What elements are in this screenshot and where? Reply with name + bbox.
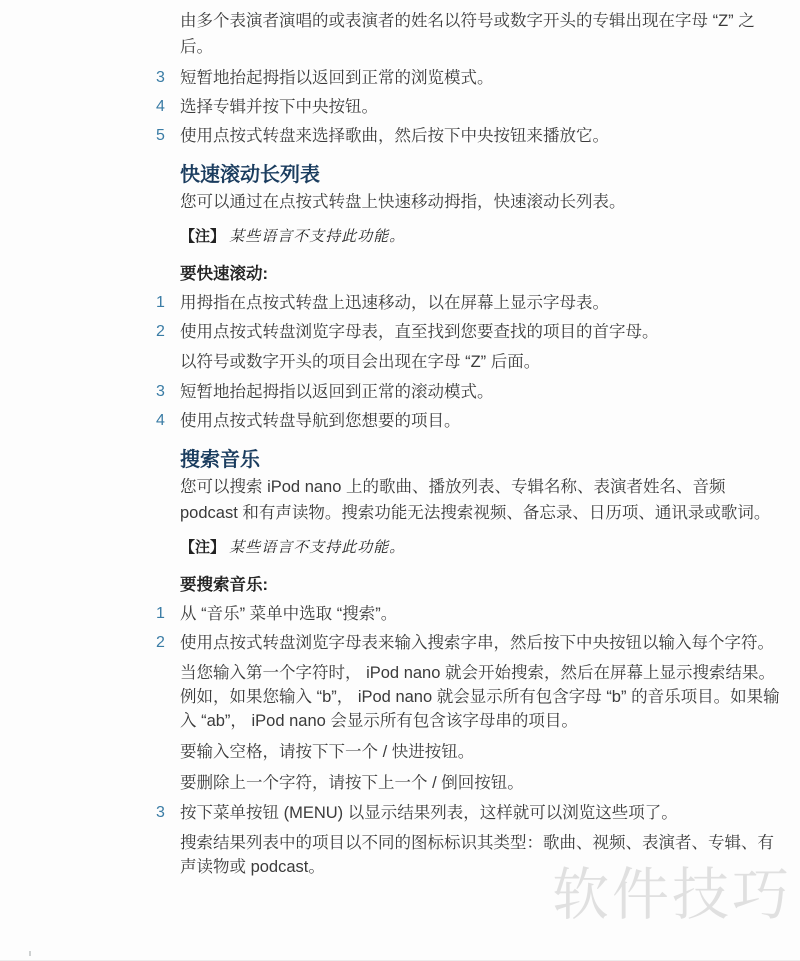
step-text: 选择专辑并按下中央按钮。 (180, 96, 780, 118)
step-sub-paragraph: 要删除上一个字符，请按下上一个 / 倒回按钮。 (180, 771, 780, 795)
step-sub-paragraph: 要输入空格，请按下下一个 / 快进按钮。 (180, 740, 780, 764)
task-heading-quick-scroll: 要快速滚动: (180, 263, 800, 285)
step-sub-paragraph: 当您输入第一个字符时， iPod nano 就会开始搜索，然后在屏幕上显示搜索结… (180, 661, 780, 733)
step-text: 使用点按式转盘浏览字母表来输入搜索字串，然后按下中央按钮以输入每个字符。 (180, 632, 780, 654)
note: 【注】 某些语言不支持此功能。 (180, 227, 780, 247)
numbered-step: 3 短暂地抬起拇指以返回到正常的滚动模式。 (156, 381, 800, 403)
numbered-step: 5 使用点按式转盘来选择歌曲，然后按下中央按钮来播放它。 (156, 125, 800, 147)
numbered-step: 2 使用点按式转盘浏览字母表，直至找到您要查找的项目的首字母。 (156, 321, 800, 343)
page-speck (29, 951, 31, 956)
numbered-step: 4 使用点按式转盘导航到您想要的项目。 (156, 410, 800, 432)
step-number: 3 (156, 381, 180, 403)
step-number: 4 (156, 96, 180, 118)
step-number: 1 (156, 292, 180, 314)
step-number: 1 (156, 603, 180, 625)
numbered-step: 1 从 “音乐” 菜单中选取 “搜索”。 (156, 603, 800, 625)
step-sub-paragraph: 以符号或数字开头的项目会出现在字母 “Z” 后面。 (180, 350, 780, 374)
numbered-step: 1 用拇指在点按式转盘上迅速移动，以在屏幕上显示字母表。 (156, 292, 800, 314)
watermark-text: 软件技巧 (552, 862, 792, 928)
step-number: 2 (156, 632, 180, 654)
numbered-step: 2 使用点按式转盘浏览字母表来输入搜索字串，然后按下中央按钮以输入每个字符。 (156, 632, 800, 654)
step-text: 从 “音乐” 菜单中选取 “搜索”。 (180, 603, 780, 625)
note-label: 【注】 (180, 540, 225, 556)
step-number: 3 (156, 67, 180, 89)
step-text: 短暂地抬起拇指以返回到正常的浏览模式。 (180, 67, 780, 89)
step-number: 5 (156, 125, 180, 147)
step-text: 短暂地抬起拇指以返回到正常的滚动模式。 (180, 381, 780, 403)
step-text: 按下菜单按钮 (MENU) 以显示结果列表，这样就可以浏览这些项了。 (180, 802, 780, 824)
numbered-step: 4 选择专辑并按下中央按钮。 (156, 96, 800, 118)
continuation-paragraph: 由多个表演者演唱的或表演者的姓名以符号或数字开头的专辑出现在字母 “Z” 之后。 (180, 0, 780, 60)
step-number: 2 (156, 321, 180, 343)
numbered-step: 3 按下菜单按钮 (MENU) 以显示结果列表，这样就可以浏览这些项了。 (156, 802, 800, 824)
section-heading-search-music: 搜索音乐 (180, 448, 800, 472)
note-text: 某些语言不支持此功能。 (229, 229, 405, 245)
section-heading-quick-scroll: 快速滚动长列表 (180, 163, 800, 187)
section-intro: 您可以搜索 iPod nano 上的歌曲、播放列表、专辑名称、表演者姓名、音频 … (180, 474, 780, 526)
note-text: 某些语言不支持此功能。 (229, 540, 405, 556)
step-number: 3 (156, 802, 180, 824)
step-text: 使用点按式转盘导航到您想要的项目。 (180, 410, 780, 432)
step-number: 4 (156, 410, 180, 432)
manual-page: 由多个表演者演唱的或表演者的姓名以符号或数字开头的专辑出现在字母 “Z” 之后。… (0, 0, 800, 961)
note: 【注】 某些语言不支持此功能。 (180, 538, 780, 558)
numbered-step: 3 短暂地抬起拇指以返回到正常的浏览模式。 (156, 67, 800, 89)
step-text: 用拇指在点按式转盘上迅速移动，以在屏幕上显示字母表。 (180, 292, 780, 314)
note-label: 【注】 (180, 229, 225, 245)
task-heading-search-music: 要搜索音乐: (180, 574, 800, 596)
step-text: 使用点按式转盘来选择歌曲，然后按下中央按钮来播放它。 (180, 125, 780, 147)
section-intro: 您可以通过在点按式转盘上快速移动拇指，快速滚动长列表。 (180, 189, 780, 215)
step-text: 使用点按式转盘浏览字母表，直至找到您要查找的项目的首字母。 (180, 321, 780, 343)
